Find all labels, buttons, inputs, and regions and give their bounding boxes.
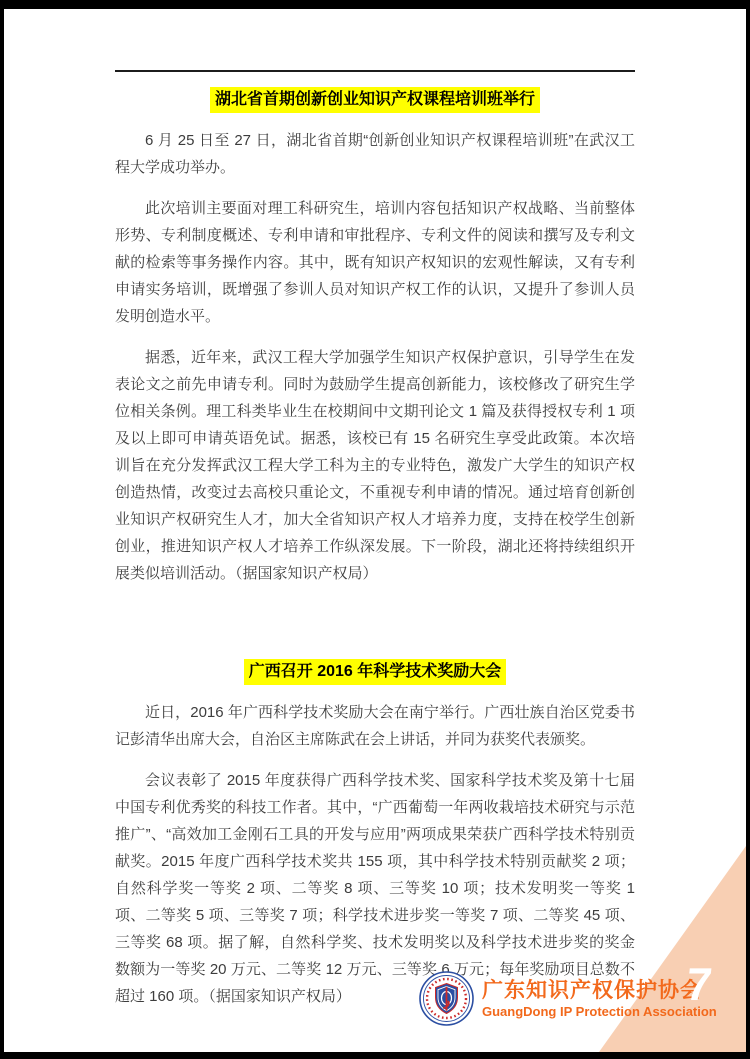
footer: 广东知识产权保护协会 GuangDong IP Protection Assoc… xyxy=(418,970,717,1027)
top-rule xyxy=(115,70,635,72)
article-1-paragraph-3: 据悉，近年来，武汉工程大学加强学生知识产权保护意识，引导学生在发表论文之前先申请… xyxy=(115,344,635,587)
article-2-paragraph-1: 近日，2016 年广西科学技术奖励大会在南宁举行。广西壮族自治区党委书记彭清华出… xyxy=(115,699,635,753)
article-1-paragraph-1: 6 月 25 日至 27 日，湖北省首期“创新创业知识产权课程培训班”在武汉工程… xyxy=(115,127,635,181)
article-1-paragraph-2: 此次培训主要面对理工科研究生，培训内容包括知识产权战略、当前整体形势、专利制度概… xyxy=(115,195,635,330)
article-1-title: 湖北省首期创新创业知识产权课程培训班举行 xyxy=(210,87,540,113)
page-content: 湖北省首期创新创业知识产权课程培训班举行 6 月 25 日至 27 日，湖北省首… xyxy=(115,9,635,1024)
article-1-title-row: 湖北省首期创新创业知识产权课程培训班举行 xyxy=(115,87,635,113)
document-page: 湖北省首期创新创业知识产权课程培训班举行 6 月 25 日至 27 日，湖北省首… xyxy=(4,9,746,1052)
association-seal-icon xyxy=(418,970,475,1027)
article-2-title: 广西召开 2016 年科学技术奖励大会 xyxy=(244,659,507,685)
page-number: 7 xyxy=(673,958,724,1010)
article-2-title-row: 广西召开 2016 年科学技术奖励大会 xyxy=(115,659,635,685)
